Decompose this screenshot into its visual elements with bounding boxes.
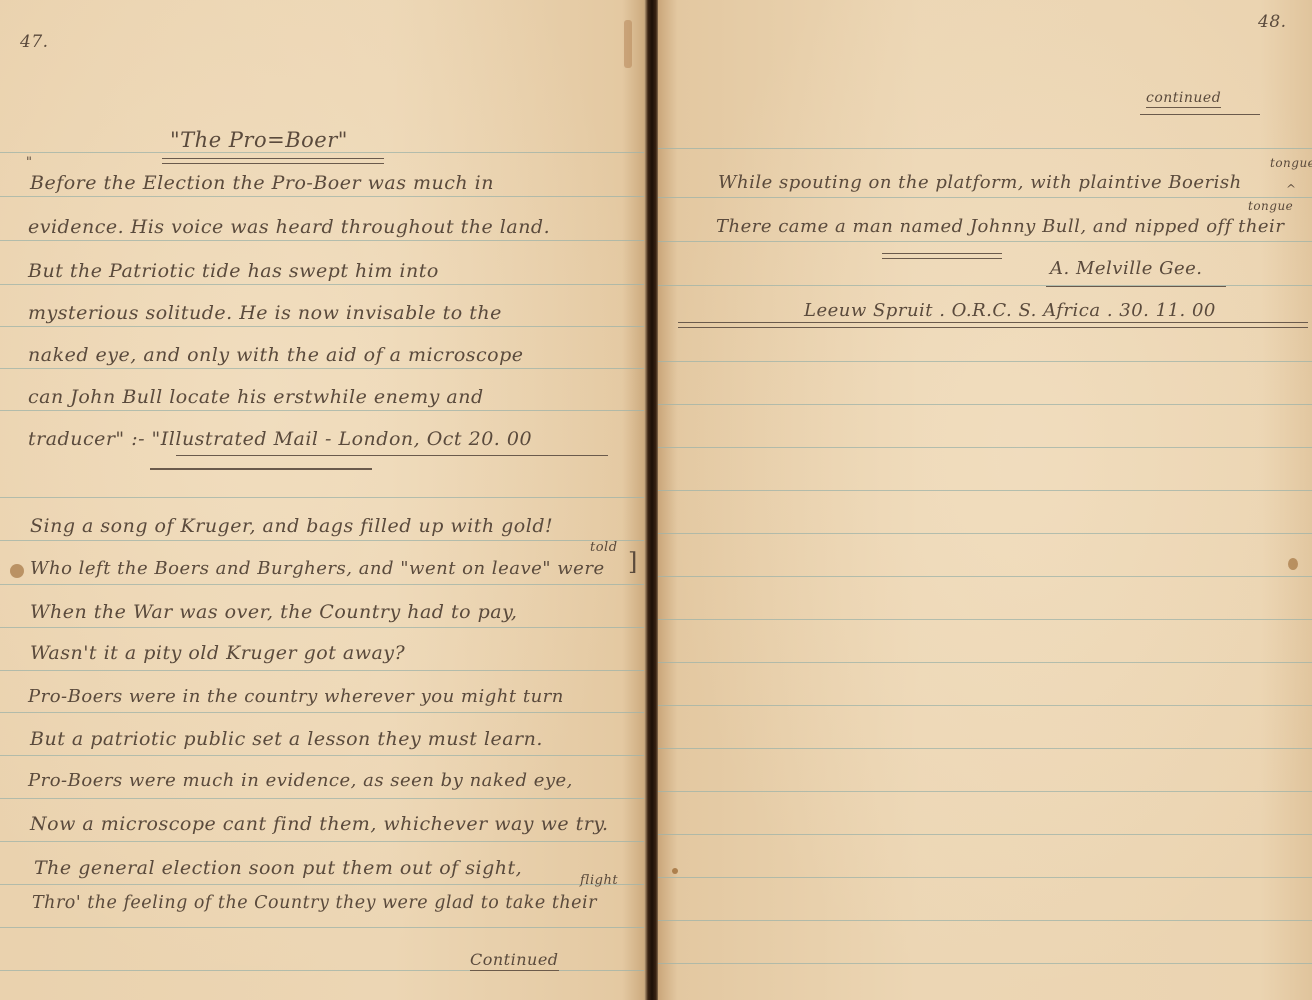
ruled-line [0, 884, 646, 885]
insertion-tongue: tongue [1248, 199, 1293, 213]
ruled-line [658, 241, 1312, 242]
continued-footer: Continued [470, 950, 559, 971]
ruled-line [0, 841, 646, 842]
page-number: 48. [1258, 12, 1287, 32]
caret-mark: ^ [1286, 182, 1296, 196]
ruled-line [0, 798, 646, 799]
insertion-tongue: tongue [1270, 156, 1312, 170]
verse-line: Wasn't it a pity old Kruger got away? [30, 642, 405, 664]
ruled-line [658, 619, 1312, 620]
ruled-line [658, 877, 1312, 878]
verse-line: Pro-Boers were much in evidence, as seen… [28, 770, 573, 791]
verse-line: When the War was over, the Country had t… [30, 601, 517, 623]
prose-line: evidence. His voice was heard throughout… [28, 216, 550, 238]
insertion-told: told [590, 540, 618, 555]
prose-line: can John Bull locate his erstwhile enemy… [28, 386, 484, 408]
ruled-line [658, 963, 1312, 964]
location-date: Leeuw Spruit . O.R.C. S. Africa . 30. 11… [804, 300, 1216, 321]
ruled-line [0, 755, 646, 756]
verse-line: While spouting on the platform, with pla… [718, 172, 1242, 193]
title-underline [162, 158, 384, 164]
citation-underline [176, 455, 608, 456]
section-divider [150, 468, 372, 470]
ruled-line [0, 712, 646, 713]
ruled-line [658, 404, 1312, 405]
left-page: 47. "The Pro=Boer" " Before the Election… [0, 0, 648, 1000]
right-page: 48. continued tongue While spouting on t… [658, 0, 1312, 1000]
verse-line: There came a man named Johnny Bull, and … [716, 216, 1284, 237]
ruled-line [658, 662, 1312, 663]
ruled-line [658, 791, 1312, 792]
ruled-line [658, 197, 1312, 198]
ruled-line [658, 748, 1312, 749]
ruled-line [0, 196, 646, 197]
signature-underline [1046, 286, 1226, 287]
ruled-line [0, 584, 646, 585]
verse-line: Pro-Boers were in the country wherever y… [28, 686, 564, 707]
ruled-line [0, 670, 646, 671]
ruled-line [0, 627, 646, 628]
ruled-line [658, 834, 1312, 835]
ruled-line [0, 326, 646, 327]
ruled-line [0, 410, 646, 411]
ruled-line [0, 284, 646, 285]
bracket-mark: ] [628, 548, 637, 576]
ruled-line [0, 152, 646, 153]
ruled-line [658, 148, 1312, 149]
spine-stain [624, 20, 632, 68]
ink-stain [10, 564, 24, 578]
ink-stain [1288, 558, 1298, 570]
verse-line: Now a microscope cant find them, whichev… [30, 813, 609, 835]
closing-double-line [678, 322, 1308, 328]
signature: A. Melville Gee. [1050, 258, 1203, 279]
verse-line: Sing a song of Kruger, and bags filled u… [30, 515, 553, 537]
ruled-line [0, 368, 646, 369]
insertion-flight: flight [580, 873, 618, 888]
verse-line: Who left the Boers and Burghers, and "we… [30, 558, 605, 579]
ruled-line [0, 497, 646, 498]
divider-double-line [882, 253, 1002, 259]
prose-line: But the Patriotic tide has swept him int… [28, 260, 439, 282]
verse-line: Thro' the feeling of the Country they we… [32, 893, 597, 913]
ruled-line [658, 490, 1312, 491]
page-title: "The Pro=Boer" [170, 128, 348, 152]
notebook-spread: 47. "The Pro=Boer" " Before the Election… [0, 0, 1312, 1000]
ruled-line [0, 927, 646, 928]
prose-line: naked eye, and only with the aid of a mi… [28, 344, 524, 366]
citation-line: traducer" :- "Illustrated Mail - London,… [28, 428, 532, 450]
ruled-line [0, 540, 646, 541]
continued-header: continued [1146, 90, 1221, 108]
opening-quote: " [26, 155, 32, 170]
page-number: 47. [20, 32, 49, 52]
ruled-line [658, 447, 1312, 448]
ruled-line [658, 361, 1312, 362]
verse-line: The general election soon put them out o… [34, 857, 522, 879]
prose-line: mysterious solitude. He is now invisable… [28, 302, 502, 324]
ruled-line [0, 240, 646, 241]
header-underline [1140, 114, 1260, 115]
ruled-line [658, 920, 1312, 921]
ruled-line [658, 533, 1312, 534]
ruled-line [658, 576, 1312, 577]
verse-line: But a patriotic public set a lesson they… [30, 728, 543, 750]
ink-dot [672, 868, 678, 874]
ruled-line [658, 705, 1312, 706]
prose-line: Before the Election the Pro-Boer was muc… [30, 172, 494, 194]
